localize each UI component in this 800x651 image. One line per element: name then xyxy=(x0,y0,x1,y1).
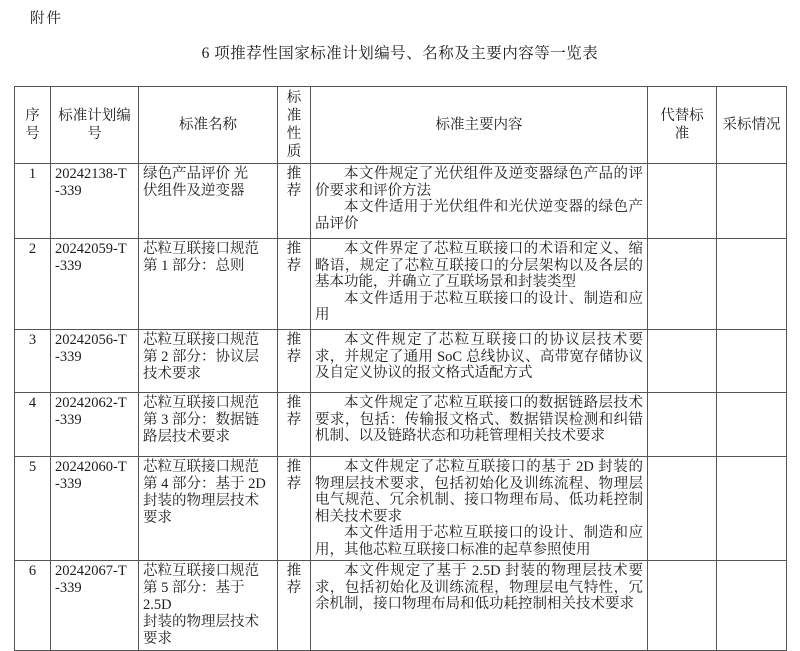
content-cell: 本文件规定了光伏组件及逆变器绿色产品的评价要求和评价方法 本文件适用于光伏组件和… xyxy=(311,164,648,239)
content-cell: 本文件规定了芯粒互联接口的数据链路层技术要求，包括：传输报文格式、数据错误检测和… xyxy=(311,393,648,457)
serial-no-cell: 3 xyxy=(15,330,51,393)
adoption-status-cell xyxy=(717,239,787,330)
header-replaced-standard: 代替标准 xyxy=(648,87,717,164)
header-nature-label: 标准性质 xyxy=(286,89,302,161)
table-row: 5 20242060-T -339 芯粒互联接口规范 第 4 部分：基于 2D … xyxy=(15,457,787,561)
standard-name-cell: 绿色产品评价 光 伏组件及逆变器 xyxy=(139,164,278,239)
content-paragraph: 本文件规定了基于 2.5D 封装的物理层技术要求，包括初始化及训练流程，物理层电… xyxy=(315,563,643,613)
header-adoption-status: 采标情况 xyxy=(717,87,787,164)
plan-no-cell: 20242062-T -339 xyxy=(51,393,139,457)
plan-no-cell: 20242060-T -339 xyxy=(51,457,139,561)
adoption-status-cell xyxy=(717,164,787,239)
serial-no-cell: 5 xyxy=(15,457,51,561)
replaced-standard-cell xyxy=(648,239,717,330)
standard-name-cell: 芯粒互联接口规范 第 3 部分：数据链 路层技术要求 xyxy=(139,393,278,457)
nature-cell: 推荐 xyxy=(278,393,311,457)
plan-no-cell: 20242138-T -339 xyxy=(51,164,139,239)
plan-no-cell: 20242056-T -339 xyxy=(51,330,139,393)
header-plan-no: 标准计划编号 xyxy=(51,87,139,164)
content-paragraph: 本文件适用于光伏组件和光伏逆变器的绿色产品评价 xyxy=(315,199,643,232)
standard-name-cell: 芯粒互联接口规范 第 4 部分：基于 2D 封装的物理层技术 要求 xyxy=(139,457,278,561)
content-cell: 本文件规定了芯粒互联接口的基于 2D 封装的物理层技术要求，包括初始化及训练流程… xyxy=(311,457,648,561)
content-paragraph: 本文件界定了芯粒互联接口的术语和定义、缩略语，规定了芯粒互联接口的分层架构以及各… xyxy=(315,241,643,291)
table-row: 2 20242059-T -339 芯粒互联接口规范 第 1 部分：总则 推荐 … xyxy=(15,239,787,330)
table-row: 4 20242062-T -339 芯粒互联接口规范 第 3 部分：数据链 路层… xyxy=(15,393,787,457)
header-row: 序号 标准计划编号 标准名称 标准性质 标准主要内容 代替标准 采标情况 xyxy=(15,87,787,164)
nature-label: 推荐 xyxy=(286,459,302,493)
header-standard-name: 标准名称 xyxy=(139,87,278,164)
content-paragraph: 本文件规定了芯粒互联接口的协议层技术要求，并规定了通用 SoC 总线协议、高带宽… xyxy=(315,332,643,382)
content-paragraph: 本文件适用于芯粒互联接口的设计、制造和应用，其他芯粒互联接口标准的起草参照使用 xyxy=(315,525,643,558)
replaced-standard-cell xyxy=(648,393,717,457)
adoption-status-cell xyxy=(717,393,787,457)
table-row: 6 20242067-T -339 芯粒互联接口规范 第 5 部分：基于 2.5… xyxy=(15,561,787,651)
nature-label: 推荐 xyxy=(286,241,302,275)
adoption-status-cell xyxy=(717,457,787,561)
content-paragraph: 本文件规定了芯粒互联接口的基于 2D 封装的物理层技术要求，包括初始化及训练流程… xyxy=(315,459,643,525)
nature-cell: 推荐 xyxy=(278,457,311,561)
replaced-standard-cell xyxy=(648,457,717,561)
nature-cell: 推荐 xyxy=(278,164,311,239)
nature-label: 推荐 xyxy=(286,395,302,429)
nature-cell: 推荐 xyxy=(278,561,311,651)
header-replaced-standard-label: 代替标准 xyxy=(659,107,705,143)
content-cell: 本文件规定了芯粒互联接口的协议层技术要求，并规定了通用 SoC 总线协议、高带宽… xyxy=(311,330,648,393)
content-paragraph: 本文件适用于芯粒互联接口的设计、制造和应用 xyxy=(315,291,643,324)
content-paragraph: 本文件规定了光伏组件及逆变器绿色产品的评价要求和评价方法 xyxy=(315,166,643,199)
standard-name-cell: 芯粒互联接口规范 第 5 部分：基于 2.5D 封装的物理层技术 要求 xyxy=(139,561,278,651)
standard-name-cell: 芯粒互联接口规范 第 2 部分：协议层 技术要求 xyxy=(139,330,278,393)
content-paragraph: 本文件规定了芯粒互联接口的数据链路层技术要求，包括：传输报文格式、数据错误检测和… xyxy=(315,395,643,445)
table-row: 3 20242056-T -339 芯粒互联接口规范 第 2 部分：协议层 技术… xyxy=(15,330,787,393)
header-nature: 标准性质 xyxy=(278,87,311,164)
serial-no-cell: 6 xyxy=(15,561,51,651)
standard-name-cell: 芯粒互联接口规范 第 1 部分：总则 xyxy=(139,239,278,330)
page-title: 6 项推荐性国家标准计划编号、名称及主要内容等一览表 xyxy=(0,44,800,64)
content-cell: 本文件规定了基于 2.5D 封装的物理层技术要求，包括初始化及训练流程，物理层电… xyxy=(311,561,648,651)
table-row: 1 20242138-T -339 绿色产品评价 光 伏组件及逆变器 推荐 本文… xyxy=(15,164,787,239)
nature-label: 推荐 xyxy=(286,563,302,597)
serial-no-cell: 2 xyxy=(15,239,51,330)
header-main-content: 标准主要内容 xyxy=(311,87,648,164)
nature-label: 推荐 xyxy=(286,332,302,366)
replaced-standard-cell xyxy=(648,164,717,239)
content-cell: 本文件界定了芯粒互联接口的术语和定义、缩略语，规定了芯粒互联接口的分层架构以及各… xyxy=(311,239,648,330)
adoption-status-cell xyxy=(717,561,787,651)
nature-cell: 推荐 xyxy=(278,330,311,393)
attachment-label: 附件 xyxy=(30,10,63,28)
plan-no-cell: 20242059-T -339 xyxy=(51,239,139,330)
serial-no-cell: 4 xyxy=(15,393,51,457)
header-serial-no: 序号 xyxy=(15,87,51,164)
replaced-standard-cell xyxy=(648,561,717,651)
header-serial-no-label: 序号 xyxy=(25,107,41,143)
plan-no-cell: 20242067-T -339 xyxy=(51,561,139,651)
adoption-status-cell xyxy=(717,330,787,393)
nature-label: 推荐 xyxy=(286,166,302,200)
nature-cell: 推荐 xyxy=(278,239,311,330)
replaced-standard-cell xyxy=(648,330,717,393)
serial-no-cell: 1 xyxy=(15,164,51,239)
standards-table: 序号 标准计划编号 标准名称 标准性质 标准主要内容 代替标准 采标情况 1 2… xyxy=(14,86,787,651)
